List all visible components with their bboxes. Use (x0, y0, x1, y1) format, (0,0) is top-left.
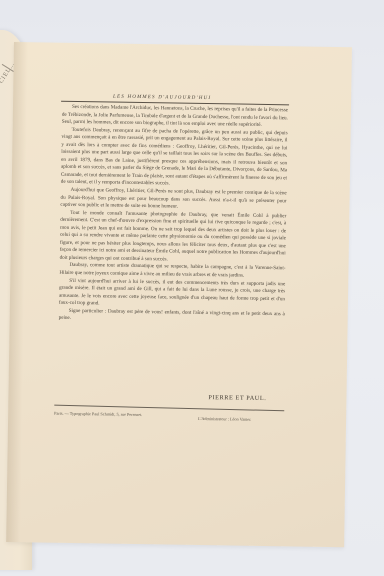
article-body: Ses créations dans Madame l'Archiduc, le… (59, 104, 288, 326)
paragraph: Signe particulier : Daubray est père de … (59, 308, 285, 327)
paragraph: Tout le monde connaît l'amusante photogr… (60, 209, 287, 265)
paragraph: S'il vint aujourd'hui arriver à lui le s… (59, 277, 285, 311)
document-page: Les Hommes d'aujourd'hui Ses créations d… (6, 42, 352, 547)
paragraph: Toutefois Daubray, renonçant au fifre de… (61, 126, 288, 190)
administrator-imprint: L'Administrateur : Léon Vanier. (198, 416, 251, 422)
printer-imprint: Paris. — Typographie Paul Schmidt, 5, ru… (54, 411, 142, 417)
paragraph: Aujourd'hui que Geoffroy, Lhéritier, Gil… (60, 187, 286, 213)
author-signature: PIERRE ET PAUL. (208, 394, 266, 402)
paragraph: Ses créations dans Madame l'Archiduc, le… (62, 104, 288, 130)
